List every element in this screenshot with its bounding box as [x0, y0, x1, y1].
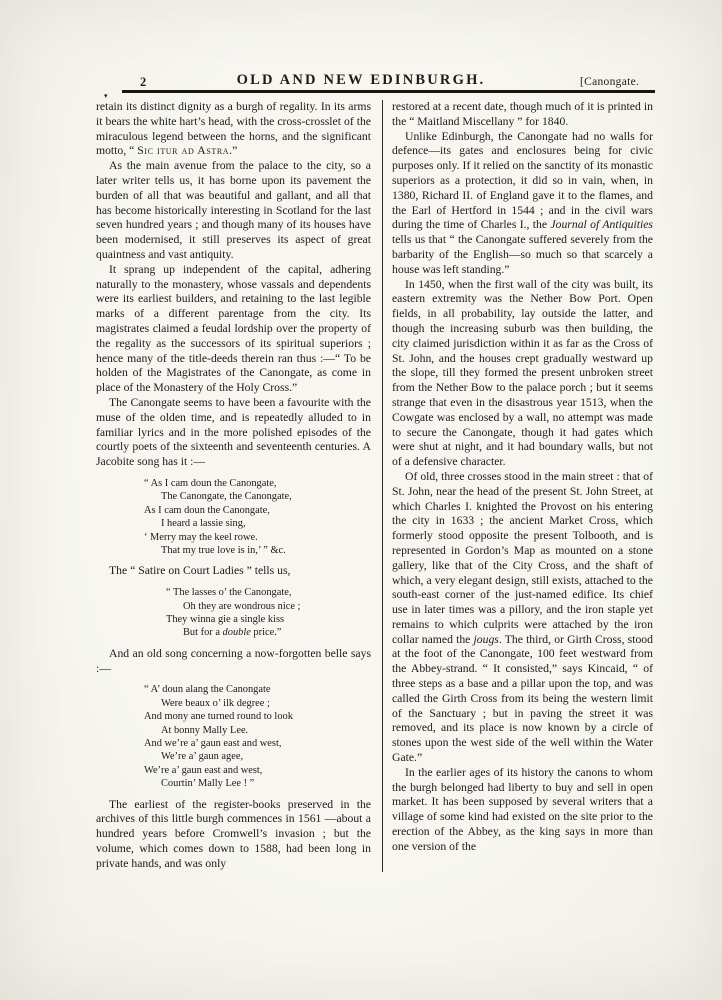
verse-line: “ As I cam doun the Canongate, — [144, 477, 371, 490]
text-segment: “ As I cam doun the Canongate, — [144, 478, 276, 489]
paragraph: In 1450, when the first wall of the city… — [392, 278, 653, 470]
paragraph: The “ Satire on Court Ladies ” tells us, — [96, 564, 371, 579]
text-segment: The earliest of the register-books prese… — [96, 798, 371, 870]
text-segment: I heard a lassie sing, — [161, 518, 246, 529]
verse-line: Oh they are wondrous nice ; — [183, 600, 371, 613]
ink-artifact: ▾ — [104, 93, 108, 100]
text-segment: Sic itur ad Astra — [137, 144, 229, 157]
text-segment: But for a — [183, 627, 223, 638]
paragraph: As the main avenue from the palace to th… — [96, 159, 371, 263]
verse-line: Courtin’ Mally Lee ! ” — [161, 777, 371, 790]
verse-line: They winna gie a single kiss — [166, 613, 371, 626]
text-columns: retain its distinct dignity as a burgh o… — [96, 100, 653, 872]
text-segment: As the main avenue from the palace to th… — [96, 159, 371, 261]
text-segment: Were beaux o’ ilk degree ; — [161, 698, 270, 709]
text-segment: Unlike Edinburgh, the Canongate had no w… — [392, 130, 653, 232]
paragraph: restored at a recent date, though much o… — [392, 100, 653, 130]
text-segment: Of old, three crosses stood in the main … — [392, 470, 653, 646]
paragraph: It sprang up independent of the capital,… — [96, 263, 371, 396]
paragraph: And an old song concerning a now-forgott… — [96, 647, 371, 677]
verse: “ A’ doun alang the CanongateWere beaux … — [144, 683, 371, 790]
text-segment: As I cam doun the Canongate, — [144, 505, 270, 516]
text-segment: The Canongate, the Canongate, — [161, 491, 292, 502]
paragraph: Unlike Edinburgh, the Canongate had no w… — [392, 130, 653, 278]
text-segment: In the earlier ages of its history the c… — [392, 766, 653, 853]
verse-line: We’re a’ gaun agee, — [161, 750, 371, 763]
paragraph: retain its distinct dignity as a burgh o… — [96, 100, 371, 159]
verse-line: But for a double price.” — [183, 626, 371, 639]
text-segment: double — [223, 627, 251, 638]
verse-line: That my true love is in,’ ” &c. — [161, 544, 371, 557]
header-rule — [122, 90, 655, 93]
paragraph: The Canongate seems to have been a favou… — [96, 396, 371, 470]
paragraph: Of old, three crosses stood in the main … — [392, 470, 653, 766]
verse-line: ‘ Merry may the keel rowe. — [144, 531, 371, 544]
page-number: 2 — [140, 75, 147, 90]
page-header: 2 OLD AND NEW EDINBURGH. [Canongate. — [0, 70, 722, 92]
verse-line: I heard a lassie sing, — [161, 517, 371, 530]
text-segment: They winna gie a single kiss — [166, 614, 284, 625]
section-label: [Canongate. — [580, 76, 639, 88]
verse-line: The Canongate, the Canongate, — [161, 490, 371, 503]
text-segment: “ A’ doun alang the Canongate — [144, 684, 270, 695]
left-column: retain its distinct dignity as a burgh o… — [96, 100, 371, 872]
verse-line: “ A’ doun alang the Canongate — [144, 683, 371, 696]
verse-line: As I cam doun the Canongate, — [144, 504, 371, 517]
right-column: restored at a recent date, though much o… — [392, 100, 653, 872]
page: ▾ 2 OLD AND NEW EDINBURGH. [Canongate. r… — [0, 0, 722, 1000]
text-segment: jougs — [474, 633, 499, 646]
text-segment: “ The lasses o’ the Canongate, — [166, 587, 291, 598]
verse: “ The lasses o’ the Canongate,Oh they ar… — [166, 586, 371, 640]
text-segment: restored at a recent date, though much o… — [392, 100, 653, 128]
text-segment: And an old song concerning a now-forgott… — [96, 647, 371, 675]
paragraph: In the earlier ages of its history the c… — [392, 766, 653, 855]
text-segment: .” — [229, 144, 237, 157]
verse-line: At bonny Mally Lee. — [161, 724, 371, 737]
text-segment: And we’re a’ gaun east and west, — [144, 738, 281, 749]
verse-line: And mony ane turned round to look — [144, 710, 371, 723]
text-segment: The Canongate seems to have been a favou… — [96, 396, 371, 468]
text-segment: Journal of Antiquities — [550, 218, 653, 231]
text-segment: tells us that “ the Canongate suffered s… — [392, 233, 653, 276]
text-segment: And mony ane turned round to look — [144, 711, 293, 722]
verse-line: We’re a’ gaun east and west, — [144, 764, 371, 777]
text-segment: ‘ Merry may the keel rowe. — [144, 532, 258, 543]
text-segment: Courtin’ Mally Lee ! ” — [161, 778, 254, 789]
paragraph: The earliest of the register-books prese… — [96, 798, 371, 872]
text-segment: . The third, or Girth Cross, stood at th… — [392, 633, 653, 764]
text-segment: Oh they are wondrous nice ; — [183, 601, 300, 612]
text-segment: price.” — [251, 627, 282, 638]
text-segment: The “ Satire on Court Ladies ” tells us, — [109, 564, 290, 577]
verse-line: And we’re a’ gaun east and west, — [144, 737, 371, 750]
text-segment: At bonny Mally Lee. — [161, 725, 248, 736]
verse-line: “ The lasses o’ the Canongate, — [166, 586, 371, 599]
text-segment: We’re a’ gaun east and west, — [144, 765, 262, 776]
text-segment: That my true love is in,’ ” &c. — [161, 545, 286, 556]
text-segment: It sprang up independent of the capital,… — [96, 263, 371, 394]
verse: “ As I cam doun the Canongate,The Canong… — [144, 477, 371, 557]
column-divider — [382, 100, 383, 872]
text-segment: In 1450, when the first wall of the city… — [392, 278, 653, 469]
verse-line: Were beaux o’ ilk degree ; — [161, 697, 371, 710]
text-segment: We’re a’ gaun agee, — [161, 751, 243, 762]
page-title: OLD AND NEW EDINBURGH. — [237, 72, 486, 89]
